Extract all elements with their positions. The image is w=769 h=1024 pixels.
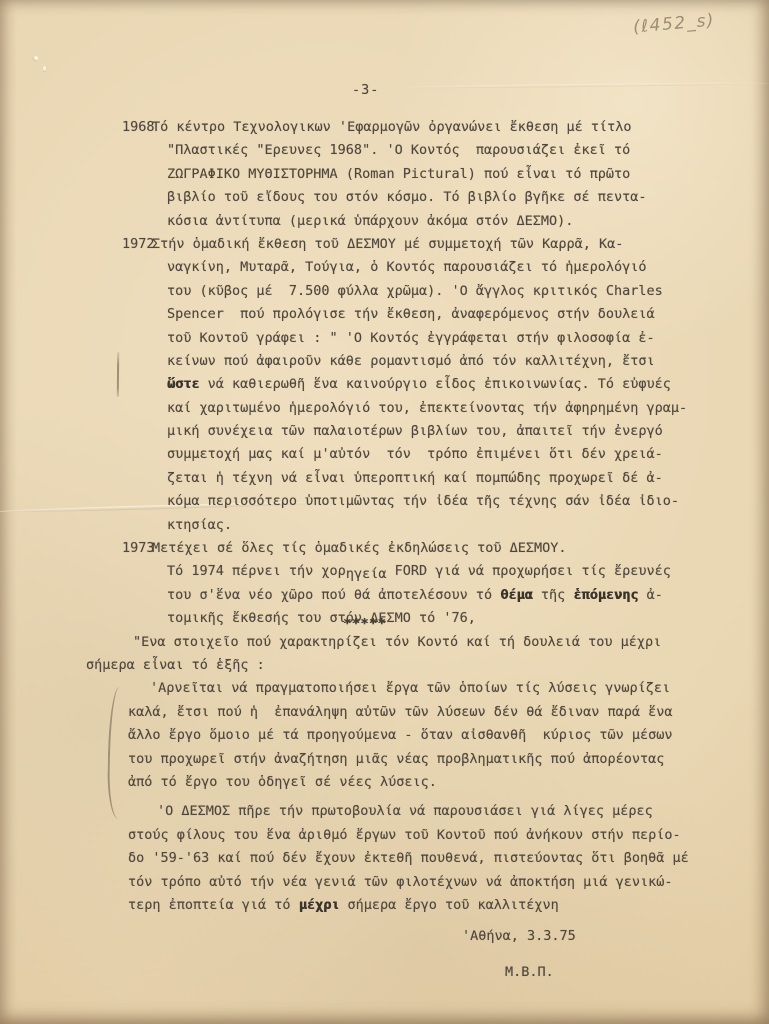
text-line: κόσια ἀντίτυπα (μερικά ὑπάρχουν ἀκόμα στ… — [0, 210, 769, 233]
text-segment: ναγκίνη, Μυταρᾶ, Τούγια, ὁ Κοντός παρουσ… — [167, 259, 647, 275]
text-segment: τῆς τέχνης σάν — [468, 493, 598, 509]
text-line: 1968Τό κέντρο Τεχνολογικων 'Εφαρμογῶν ὀρ… — [0, 116, 769, 139]
page-number: -3- — [352, 82, 379, 98]
text-segment: "Ενα στοιχεῖο πού χαρακτηρίζει τόν Κοντό… — [133, 634, 661, 650]
text-segment: ἀπό τό ἔργο του ὁδηγεῖ σέ νέες λύσεις. — [128, 774, 437, 790]
text-line: βιβλίο τοῦ εἴδους του στόν κόσμο. Τό βιβ… — [0, 186, 769, 209]
text-segment: νά καθιερωθῆ ἕνα καινούργιο — [200, 376, 436, 392]
text-line: κτησίας. — [0, 514, 769, 537]
text-segment: "Πλαστικές "Ερευνες 1968". 'Ο Κοντός παρ… — [167, 142, 630, 158]
text-segment: συμμετοχή μας — [167, 446, 273, 462]
text-line: του σ'ἕνα νέο χῶρο πού θά ἀποτελέσουν τό… — [0, 584, 769, 607]
text-segment: καί χαριτωμένο ἡμερολόγιό του, ἐπεκτείνο… — [167, 400, 687, 416]
text-segment: στούς φίλους του ἕνα ἀριθμό ἔργων τοῦ Κο… — [128, 827, 681, 843]
paper-speck — [43, 66, 46, 71]
text-line: τόν τρόπο αὐτό τήν νέα γενιά τῶν φιλοτέχ… — [0, 871, 769, 894]
paper-crease — [390, 82, 769, 90]
text-line: ΖΩΓΡΑΦΙΚΟ ΜΥΘΙΣΤΟΡΗΜΑ (Roman Pictural) π… — [0, 163, 769, 186]
text-segment: τομικῆς ἔκθεσής του στόν ΔΕΣΜΟ τό '76, — [167, 610, 476, 626]
text-segment: δο '59-'63 καί πού δέν ἔχουν ἐκτεθῆ πουθ… — [128, 850, 689, 866]
text-line: στούς φίλους του ἕνα ἀριθμό ἔργων τοῦ Κο… — [0, 824, 769, 847]
text-segment: σήμερα ἔργο τοῦ καλλιτέχνη — [339, 897, 558, 913]
text-segment: τερη ἐποπτεία γιά τό — [128, 897, 299, 913]
text-segment: ἰδέα — [435, 493, 468, 509]
text-line: κείνων πού ἀφαιροῦν κάθε ρομαντισμό ἀπό … — [0, 350, 769, 373]
text-segment: FORD γιά νά προχωρήσει τίς ἔρευνές — [386, 563, 670, 579]
text-segment: μική συνέχεια τῶν παλαιοτέρων βιβλίων το… — [167, 423, 663, 439]
text-line: τερη ἐποπτεία γιά τό μέχρι σήμερα ἔργο τ… — [0, 894, 769, 917]
text-segment: ἀ- — [638, 587, 662, 603]
text-line: "Ενα στοιχεῖο πού χαρακτηρίζει τόν Κοντό… — [0, 631, 769, 654]
paper-speck — [33, 55, 39, 61]
text-segment: Spencer πού προλόγισε τήν ἔκθεση, ἀναφερ… — [167, 306, 655, 322]
text-segment: σήμερα εἶναι τό ἑξῆς : — [86, 657, 265, 673]
text-segment: Τό κέντρο Τεχνολογικων 'Εφαρμογῶν ὀργανώ… — [152, 119, 632, 135]
text-segment: Τό 1974 πέρνει τήν χορ — [167, 563, 346, 579]
asterisk-separator: ***** — [343, 616, 386, 632]
text-segment: θέμα — [500, 587, 533, 603]
year-label: 1972 — [122, 233, 155, 256]
author-initials: Μ.Β.Π. — [505, 962, 554, 982]
text-segment: ὥστε — [167, 376, 200, 392]
year-label: 1968 — [122, 116, 155, 139]
text-segment: καί μ'αὐτόν τόν τρόπο ἐπιμένει ὅτι δέν χ… — [273, 446, 663, 462]
text-segment: σέ ὅλες τίς ὁμαδικές ἐκδηλώσεις τοῦ ΔΕΣΜ… — [209, 540, 567, 556]
text-segment: κτησίας. — [167, 517, 232, 533]
handwritten-annotation: (ℓ452_s) — [632, 10, 716, 37]
text-segment: κείνων πού ἀφαιροῦν κάθε ρομαντισμό ἀπό … — [167, 353, 655, 369]
text-segment: 'Αρνεῖται νά πραγματοποιήσει ἔργα τῶν ὁπ… — [150, 680, 670, 696]
text-segment: Μετέχει — [152, 540, 209, 556]
text-segment: ηγεία — [346, 566, 387, 582]
text-segment: . Τό εὐφυές — [582, 376, 671, 392]
text-segment: τοῦ Κοντοῦ γράφει : " 'Ο Κοντός ἐγγράφετ… — [167, 330, 655, 346]
text-segment: του προχωρεῖ στήν ἀναζήτηση μιᾶς νέας πρ… — [128, 751, 664, 767]
text-line: ὥστε νά καθιερωθῆ ἕνα καινούργιο εἶδος ἐ… — [0, 373, 769, 396]
text-line: 1972Στήν ὁμαδική ἔκθεση τοῦ ΔΕΣΜΟΥ μέ συ… — [0, 233, 769, 256]
text-line: μική συνέχεια τῶν παλαιοτέρων βιβλίων το… — [0, 420, 769, 443]
text-segment: τόν τρόπο αὐτό τήν νέα γενιά τῶν φιλοτέχ… — [128, 874, 673, 890]
text-line: ναγκίνη, Μυταρᾶ, Τούγια, ὁ Κοντός παρουσ… — [0, 256, 769, 279]
text-line: καί χαριτωμένο ἡμερολόγιό του, ἐπεκτείνο… — [0, 397, 769, 420]
text-segment: κόσια ἀντίτυπα (μερικά ὑπάρχουν ἀκόμα στ… — [167, 213, 573, 229]
text-segment: τῆς — [533, 587, 574, 603]
text-line: τοῦ Κοντοῦ γράφει : " 'Ο Κοντός ἐγγράφετ… — [0, 327, 769, 350]
text-line: σήμερα εἶναι τό ἑξῆς : — [0, 654, 769, 677]
text-line: "Πλαστικές "Ερευνες 1968". 'Ο Κοντός παρ… — [0, 139, 769, 162]
text-line: συμμετοχή μας καί μ'αὐτόν τόν τρόπο ἐπιμ… — [0, 443, 769, 466]
text-segment: ἰδέα ἰδιο- — [598, 493, 679, 509]
text-segment: ἄλλο ἔργο ὅμοιο μέ τά προηγούμενα - ὅταν… — [128, 727, 673, 743]
text-line: του (κῦβος μέ 7.500 φύλλα χρῶμα). 'Ο ἄγγ… — [0, 280, 769, 303]
text-segment: βιβλίο τοῦ εἴδους του στόν κόσμο. Τό βιβ… — [167, 189, 647, 205]
text-segment: ζεται ἡ τέχνη νά εἶναι ὑπεροπτική καί πο… — [167, 470, 663, 486]
text-segment: ἑπόμενης — [573, 587, 638, 603]
text-line: δο '59-'63 καί πού δέν ἔχουν ἐκτεθῆ πουθ… — [0, 847, 769, 870]
year-label: 1973 — [122, 537, 155, 560]
text-segment: του (κῦβος μέ 7.500 φύλλα χρῶμα). 'Ο ἄγγ… — [167, 283, 663, 299]
text-segment: κόμα περισσότερο ὑποτιμῶντας τήν — [167, 493, 435, 509]
text-segment: του σ'ἕνα νέο χῶρο πού θά ἀποτελέσουν τό — [167, 587, 500, 603]
text-line: 1973Μετέχει σέ ὅλες τίς ὁμαδικές ἐκδηλώσ… — [0, 537, 769, 560]
text-line: Spencer πού προλόγισε τήν ἔκθεση, ἀναφερ… — [0, 303, 769, 326]
place-date: 'Αθήνα, 3.3.75 — [462, 926, 576, 946]
text-segment: (Roman Pictural) πού εἶναι τό πρῶτο — [338, 166, 631, 182]
text-segment: μέχρι — [299, 897, 340, 913]
text-segment: 'Ο ΔΕΣΜΟΣ πῆρε τήν πρωτοβουλία νά παρουσ… — [157, 803, 653, 819]
document-page: (ℓ452_s) -3- 1968Τό κέντρο Τεχνολογικων … — [0, 0, 769, 1024]
text-segment: Στήν ὁμαδική ἔκθεση τοῦ ΔΕΣΜΟΥ μέ συμμετ… — [152, 236, 623, 252]
text-segment: εἶδος ἐπικοινωνίας — [435, 376, 581, 392]
text-segment: καλά, ἔτσι πού ἡ ἐπανάληψη αὐτῶν τῶν λύσ… — [128, 704, 673, 720]
text-segment: ΖΩΓΡΑΦΙΚΟ ΜΥΘΙΣΤΟΡΗΜΑ — [167, 166, 338, 182]
text-line: κόμα περισσότερο ὑποτιμῶντας τήν ἰδέα τῆ… — [0, 490, 769, 513]
text-line: ζεται ἡ τέχνη νά εἶναι ὑπεροπτική καί πο… — [0, 467, 769, 490]
text-line: Τό 1974 πέρνει τήν χορηγεία FORD γιά νά … — [0, 560, 769, 583]
